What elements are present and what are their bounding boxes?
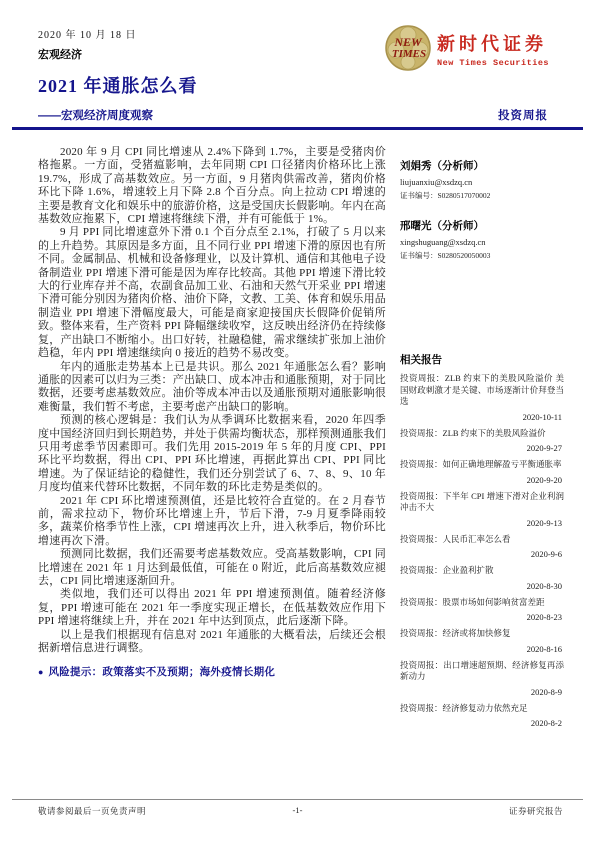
body-paragraph: 预测的核心逻辑是：我们认为从季调环比数据来看，2020 年四季度中国经济回归到长… xyxy=(38,414,386,494)
report-item-title: 投资周报：ZLB 约束下的美股风险溢价 xyxy=(400,428,564,440)
risk-note: 风险提示：政策落实不及预期；海外疫情长期化 xyxy=(48,666,275,679)
brand-names: 新时代证券 New Times Securities xyxy=(437,30,549,68)
report-item-title: 投资周报：企业盈利扩散 xyxy=(400,565,564,577)
report-list-item: 投资周报：经济或将加快修复 2020-8-16 xyxy=(400,628,564,654)
research-report-page: 2020 年 10 月 18 日 宏观经济 NEW TIMES 新时代证券 Ne… xyxy=(0,0,595,842)
body-paragraph: 以上是我们根据现有信息对 2021 年通胀的大概看法，后续还会根据新增信息进行调… xyxy=(38,629,386,656)
related-reports-heading: 相关报告 xyxy=(400,352,564,367)
report-item-title: 投资周报：出口增速超预期、经济修复再添新动力 xyxy=(400,660,564,683)
analyst-name: 邢曙光（分析师） xyxy=(400,218,564,233)
report-list-item: 投资周报：企业盈利扩散 2020-8-30 xyxy=(400,565,564,591)
header-left: 2020 年 10 月 18 日 宏观经济 xyxy=(38,26,137,62)
subtitle-row: ——宏观经济周度观察 投资周报 xyxy=(38,107,548,123)
report-list-item: 投资周报：股票市场如何影响贫富差距 2020-8-23 xyxy=(400,597,564,623)
analyst-cert-number: 证书编号：S0280517070002 xyxy=(400,190,564,201)
logo-text-top: NEW xyxy=(393,35,423,49)
report-list-item: 投资周报：经济修复动力依然充足 2020-8-2 xyxy=(400,703,564,729)
report-list-item: 投资周报：下半年 CPI 增速下滑对企业利润冲击不大 2020-9-13 xyxy=(400,491,564,528)
report-list-item: 投资周报：出口增速超预期、经济修复再添新动力 2020-8-9 xyxy=(400,660,564,697)
footer-divider xyxy=(12,799,583,800)
report-list-item: 投资周报：ZLB 约束下的美股风险溢价 美国财政刺激才是关键、市场逐渐计价拜登当… xyxy=(400,373,564,422)
report-body: 2020 年 9 月 CPI 同比增速从 2.4%下降到 1.7%，主要是受猪肉… xyxy=(38,146,386,679)
body-paragraph: 9 月 PPI 同比增速意外下滑 0.1 个百分点至 2.1%，打破了 5 月以… xyxy=(38,226,386,360)
report-item-title: 投资周报：经济修复动力依然充足 xyxy=(400,703,564,715)
bullet-icon: ● xyxy=(38,666,43,679)
report-item-title: 投资周报：如何正确地理解盈亏平衡通胀率 xyxy=(400,459,564,471)
report-item-title: 投资周报：经济或将加快修复 xyxy=(400,628,564,640)
body-paragraph: 2020 年 9 月 CPI 同比增速从 2.4%下降到 1.7%，主要是受猪肉… xyxy=(38,146,386,226)
report-item-title: 投资周报：ZLB 约束下的美股风险溢价 美国财政刺激才是关键、市场逐渐计价拜登当… xyxy=(400,373,564,408)
header-divider xyxy=(12,127,583,130)
report-item-date: 2020-8-16 xyxy=(400,644,562,654)
analyst-cert-number: 证书编号：S0280520050003 xyxy=(400,250,564,261)
footer-report-type: 证券研究报告 xyxy=(509,805,563,817)
logo-text-bottom: TIMES xyxy=(392,48,426,60)
report-list-item: 投资周报：如何正确地理解盈亏平衡通胀率 2020-9-20 xyxy=(400,459,564,485)
risk-note-row: ● 风险提示：政策落实不及预期；海外疫情长期化 xyxy=(38,666,386,679)
new-times-logo: NEW TIMES xyxy=(384,24,432,72)
analyst-name: 刘娟秀（分析师） xyxy=(400,158,564,173)
report-item-title: 投资周报：人民币汇率怎么看 xyxy=(400,534,564,546)
report-item-date: 2020-8-23 xyxy=(400,612,562,622)
report-type-label: 投资周报 xyxy=(498,107,548,123)
report-subtitle: ——宏观经济周度观察 xyxy=(38,107,153,123)
page-title: 2021 年通胀怎么看 xyxy=(38,72,198,98)
report-item-title: 投资周报：股票市场如何影响贫富差距 xyxy=(400,597,564,609)
report-item-date: 2020-9-20 xyxy=(400,475,562,485)
analyst-block: 邢曙光（分析师） xingshuguang@xsdzq.cn 证书编号：S028… xyxy=(400,218,564,261)
report-list-item: 投资周报：人民币汇率怎么看 2020-9-6 xyxy=(400,534,564,560)
report-date: 2020 年 10 月 18 日 xyxy=(38,26,137,41)
report-item-date: 2020-9-6 xyxy=(400,549,562,559)
analyst-block: 刘娟秀（分析师） liujuanxiu@xsdzq.cn 证书编号：S02805… xyxy=(400,158,564,201)
report-item-title: 投资周报：下半年 CPI 增速下滑对企业利润冲击不大 xyxy=(400,491,564,514)
report-list-item: 投资周报：ZLB 约束下的美股风险溢价 2020-9-27 xyxy=(400,428,564,454)
report-item-date: 2020-8-30 xyxy=(400,581,562,591)
body-paragraph: 类似地，我们还可以得出 2021 年 PPI 增速预测值。随着经济修复，PPI … xyxy=(38,588,386,628)
analyst-email: xingshuguang@xsdzq.cn xyxy=(400,237,564,247)
report-category: 宏观经济 xyxy=(38,46,137,62)
footer: 敬请参阅最后一页免责声明 -1- 证券研究报告 xyxy=(0,805,595,821)
brand-name-cn: 新时代证券 xyxy=(437,30,549,56)
brand-name-en: New Times Securities xyxy=(437,58,549,68)
report-item-date: 2020-8-9 xyxy=(400,687,562,697)
report-item-date: 2020-8-2 xyxy=(400,718,562,728)
analyst-email: liujuanxiu@xsdzq.cn xyxy=(400,177,564,187)
report-item-date: 2020-9-27 xyxy=(400,443,562,453)
sidebar: 刘娟秀（分析师） liujuanxiu@xsdzq.cn 证书编号：S02805… xyxy=(400,158,564,278)
report-item-date: 2020-9-13 xyxy=(400,518,562,528)
body-paragraph: 2021 年 CPI 环比增速预测值，还是比较符合直觉的。在 2 月春节前，需求… xyxy=(38,495,386,549)
body-paragraph: 预测同比数据，我们还需要考虑基数效应。受高基数影响，CPI 同比增速在 2021… xyxy=(38,548,386,588)
footer-page-number: -1- xyxy=(0,805,595,815)
body-paragraph: 年内的通胀走势基本上已是共识。那么 2021 年通胀怎么看？影响通胀的因素可以归… xyxy=(38,361,386,415)
brand-block: NEW TIMES 新时代证券 New Times Securities xyxy=(384,24,549,72)
report-item-date: 2020-10-11 xyxy=(400,412,562,422)
related-reports: 相关报告 投资周报：ZLB 约束下的美股风险溢价 美国财政刺激才是关键、市场逐渐… xyxy=(400,352,564,734)
